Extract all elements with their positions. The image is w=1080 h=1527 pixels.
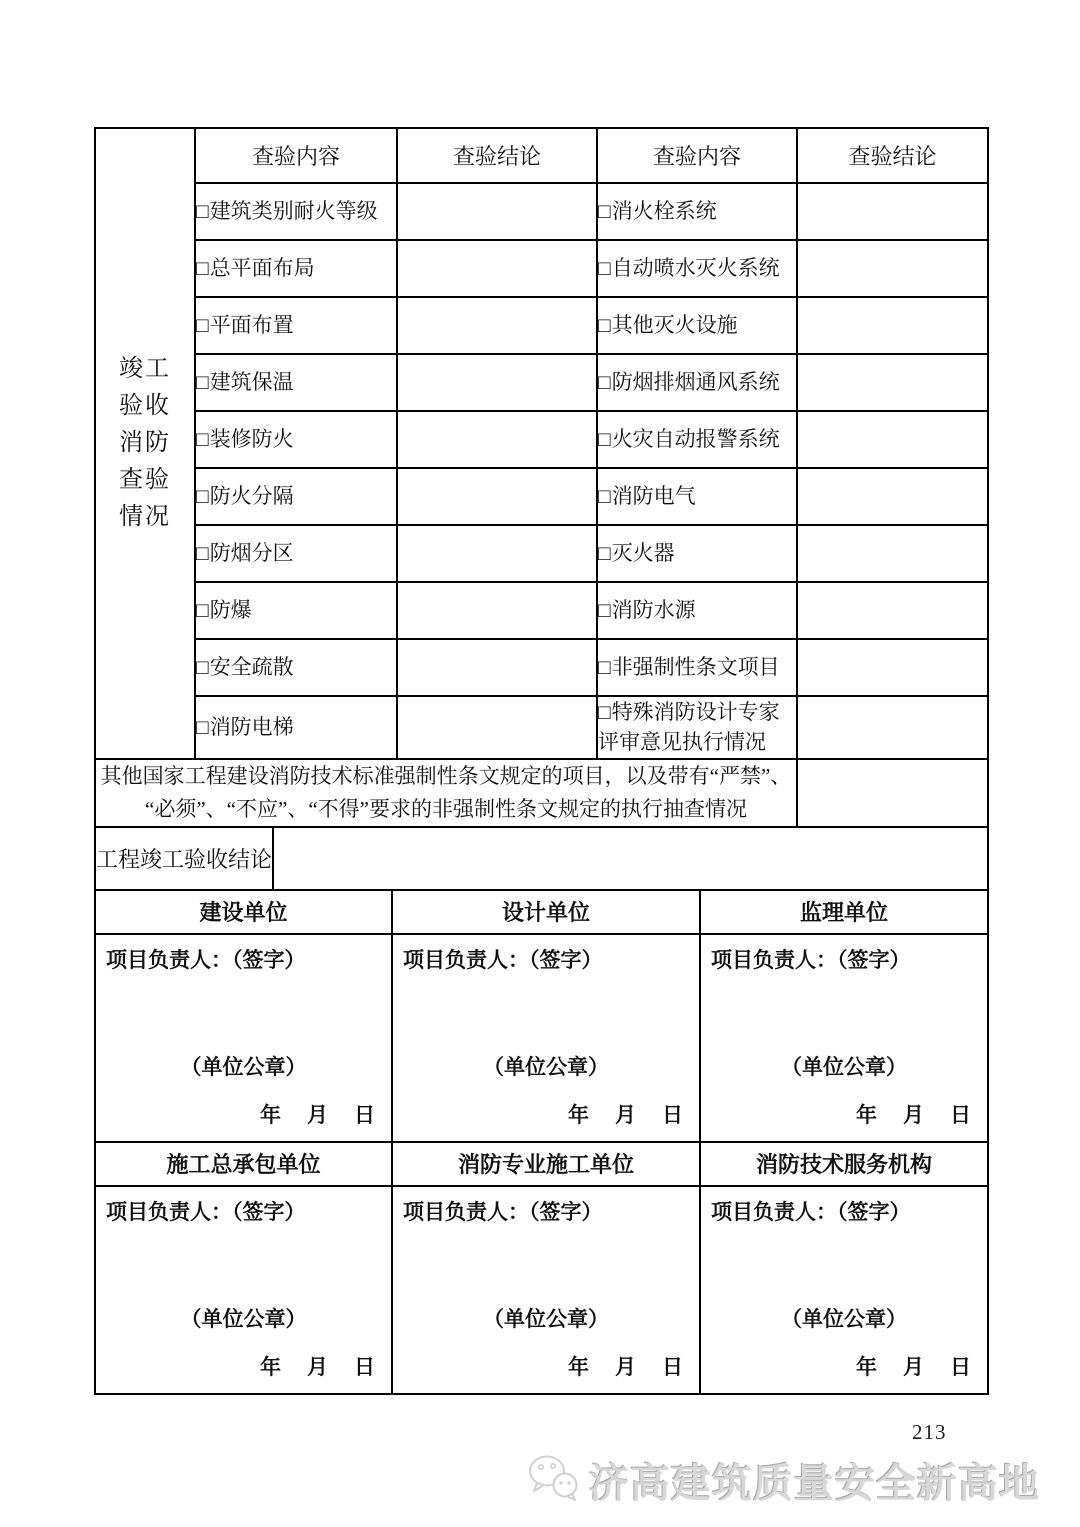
watermark-text: 济高建筑质量安全新高地 <box>589 1452 1040 1509</box>
leader-signature-label: 项目负责人：（签字） <box>393 935 699 974</box>
conclusion-cell <box>797 354 988 411</box>
check-item-smoke-zone: □防烟分区 <box>195 525 397 582</box>
check-item-label: 防烟分区 <box>210 541 294 565</box>
check-item-fire-electrical: □消防电气 <box>597 468 797 525</box>
date-line: 年月日 <box>856 1099 971 1129</box>
unit-seal-label: （单位公章） <box>701 1051 987 1081</box>
date-line: 年月日 <box>568 1099 683 1129</box>
check-item-label: 自动喷水灭火系统 <box>612 256 780 280</box>
date-month-label: 月 <box>615 1103 636 1127</box>
checkbox-icon: □ <box>196 484 209 508</box>
checkbox-icon: □ <box>196 313 209 337</box>
check-item-label: 特殊消防设计专家评审意见执行情况 <box>598 700 780 754</box>
other-mandatory-provisions-note: 其他国家工程建设消防技术标准强制性条文规定的项目，以及带有“严禁”、 “必须”、… <box>95 759 797 827</box>
wechat-icon <box>527 1454 581 1507</box>
unit-seal-label: （单位公章） <box>393 1051 699 1081</box>
date-year-label: 年 <box>260 1355 281 1379</box>
checkbox-icon: □ <box>598 700 611 724</box>
fire-inspection-table: 竣工 验收 消防 查验 情况 查验内容 查验结论 查验内容 查验结论 □建筑类别… <box>94 127 989 828</box>
unit-seal-label: （单位公章） <box>96 1051 391 1081</box>
check-item-fire-alarm: □火灾自动报警系统 <box>597 411 797 468</box>
checkbox-icon: □ <box>196 541 209 565</box>
check-item-hydrant-system: □消火栓系统 <box>597 183 797 240</box>
unit-seal-label: （单位公章） <box>393 1303 699 1333</box>
check-item-label: 消防水源 <box>612 598 696 622</box>
unit-header-construction: 建设单位 <box>95 890 392 934</box>
check-item-label: 防爆 <box>210 598 252 622</box>
header-check-conclusion-right: 查验结论 <box>797 128 988 183</box>
date-month-label: 月 <box>615 1355 636 1379</box>
check-item-label: 安全疏散 <box>210 655 294 679</box>
signature-cell-construction: 项目负责人：（签字） （单位公章） 年月日 <box>95 934 392 1142</box>
conclusion-cell <box>797 468 988 525</box>
unit-header-supervision: 监理单位 <box>700 890 988 934</box>
date-day-label: 日 <box>950 1103 971 1127</box>
conclusion-cell <box>797 240 988 297</box>
date-month-label: 月 <box>307 1355 328 1379</box>
check-item-insulation: □建筑保温 <box>195 354 397 411</box>
check-item-label: 装修防火 <box>210 427 294 451</box>
check-item-label: 平面布置 <box>210 313 294 337</box>
header-check-conclusion-left: 查验结论 <box>397 128 597 183</box>
conclusion-cell <box>397 240 597 297</box>
check-item-label: 防烟排烟通风系统 <box>612 370 780 394</box>
check-item-explosion-proof: □防爆 <box>195 582 397 639</box>
date-year-label: 年 <box>568 1355 589 1379</box>
check-item-label: 消防电气 <box>612 484 696 508</box>
conclusion-cell <box>397 468 597 525</box>
check-item-other-extinguishing: □其他灭火设施 <box>597 297 797 354</box>
check-item-fire-separation: □防火分隔 <box>195 468 397 525</box>
conclusion-cell <box>797 582 988 639</box>
note-line-2: “必须”、“不应”、“不得”要求的非强制性条文规定的执行抽查情况 <box>96 793 796 826</box>
signature-cell-design: 项目负责人：（签字） （单位公章） 年月日 <box>392 934 700 1142</box>
check-item-extinguisher: □灭火器 <box>597 525 797 582</box>
acceptance-form: 竣工 验收 消防 查验 情况 查验内容 查验结论 查验内容 查验结论 □建筑类别… <box>94 127 987 1395</box>
check-item-label: 总平面布局 <box>210 256 315 280</box>
date-month-label: 月 <box>307 1103 328 1127</box>
conclusion-cell <box>797 639 988 696</box>
date-day-label: 日 <box>354 1355 375 1379</box>
conclusion-cell <box>397 183 597 240</box>
acceptance-conclusion-table: 工程竣工验收结论 <box>94 826 989 891</box>
page-number: 213 <box>912 1420 947 1445</box>
date-year-label: 年 <box>260 1103 281 1127</box>
check-item-label: 消防电梯 <box>210 715 294 739</box>
leader-signature-label: 项目负责人：（签字） <box>701 1187 987 1226</box>
header-check-content-left: 查验内容 <box>195 128 397 183</box>
date-day-label: 日 <box>662 1103 683 1127</box>
check-item-safe-evacuation: □安全疏散 <box>195 639 397 696</box>
conclusion-cell <box>797 183 988 240</box>
unit-header-fire-technical-service: 消防技术服务机构 <box>700 1142 988 1186</box>
check-item-label: 消火栓系统 <box>612 199 717 223</box>
date-line: 年月日 <box>856 1351 971 1381</box>
checkbox-icon: □ <box>196 370 209 394</box>
note-line-1: 其他国家工程建设消防技术标准强制性条文规定的项目，以及带有“严禁”、 <box>96 760 796 793</box>
date-year-label: 年 <box>856 1103 877 1127</box>
check-item-site-layout: □总平面布局 <box>195 240 397 297</box>
conclusion-cell <box>797 759 988 827</box>
check-item-floor-plan: □平面布置 <box>195 297 397 354</box>
check-item-non-mandatory: □非强制性条文项目 <box>597 639 797 696</box>
date-day-label: 日 <box>950 1355 971 1379</box>
date-day-label: 日 <box>354 1103 375 1127</box>
check-item-fire-water-source: □消防水源 <box>597 582 797 639</box>
leader-signature-label: 项目负责人：（签字） <box>393 1187 699 1226</box>
check-item-label: 火灾自动报警系统 <box>612 427 780 451</box>
check-item-label: 建筑类别耐火等级 <box>210 199 378 223</box>
check-item-label: 防火分隔 <box>210 484 294 508</box>
signature-cell-supervision: 项目负责人：（签字） （单位公章） 年月日 <box>700 934 988 1142</box>
check-item-decoration-fireproof: □装修防火 <box>195 411 397 468</box>
check-item-label: 其他灭火设施 <box>612 313 738 337</box>
section-label-completion-acceptance: 竣工 验收 消防 查验 情况 <box>95 128 195 759</box>
conclusion-cell <box>397 696 597 759</box>
check-item-special-design-review: □特殊消防设计专家评审意见执行情况 <box>597 696 797 759</box>
date-year-label: 年 <box>568 1103 589 1127</box>
unit-header-design: 设计单位 <box>392 890 700 934</box>
acceptance-conclusion-value-cell <box>273 827 988 890</box>
conclusion-cell <box>797 297 988 354</box>
checkbox-icon: □ <box>598 199 611 223</box>
date-day-label: 日 <box>662 1355 683 1379</box>
watermark: 济高建筑质量安全新高地 <box>527 1452 1040 1509</box>
conclusion-cell <box>397 582 597 639</box>
acceptance-conclusion-label: 工程竣工验收结论 <box>95 827 273 890</box>
checkbox-icon: □ <box>196 655 209 679</box>
check-item-label: 灭火器 <box>612 541 675 565</box>
check-item-label: 非强制性条文项目 <box>612 655 780 679</box>
signature-cell-fire-technical-service: 项目负责人：（签字） （单位公章） 年月日 <box>700 1186 988 1394</box>
leader-signature-label: 项目负责人：（签字） <box>96 1187 391 1226</box>
checkbox-icon: □ <box>598 655 611 679</box>
date-line: 年月日 <box>260 1099 375 1129</box>
checkbox-icon: □ <box>598 370 611 394</box>
checkbox-icon: □ <box>598 427 611 451</box>
conclusion-cell <box>397 639 597 696</box>
checkbox-icon: □ <box>196 256 209 280</box>
checkbox-icon: □ <box>196 199 209 223</box>
check-item-fire-elevator: □消防电梯 <box>195 696 397 759</box>
signature-table: 建设单位 设计单位 监理单位 项目负责人：（签字） （单位公章） 年月日 项目负… <box>94 889 989 1395</box>
check-item-label: 建筑保温 <box>210 370 294 394</box>
conclusion-cell <box>797 525 988 582</box>
checkbox-icon: □ <box>598 313 611 337</box>
date-line: 年月日 <box>260 1351 375 1381</box>
check-item-sprinkler-system: □自动喷水灭火系统 <box>597 240 797 297</box>
unit-header-general-contractor: 施工总承包单位 <box>95 1142 392 1186</box>
conclusion-cell <box>397 354 597 411</box>
unit-header-fire-construction: 消防专业施工单位 <box>392 1142 700 1186</box>
date-line: 年月日 <box>568 1351 683 1381</box>
check-item-building-class: □建筑类别耐火等级 <box>195 183 397 240</box>
conclusion-cell <box>397 525 597 582</box>
checkbox-icon: □ <box>598 598 611 622</box>
conclusion-cell <box>397 411 597 468</box>
unit-seal-label: （单位公章） <box>701 1303 987 1333</box>
checkbox-icon: □ <box>598 541 611 565</box>
conclusion-cell <box>797 411 988 468</box>
checkbox-icon: □ <box>196 598 209 622</box>
date-month-label: 月 <box>903 1355 924 1379</box>
conclusion-cell <box>797 696 988 759</box>
checkbox-icon: □ <box>196 427 209 451</box>
date-month-label: 月 <box>903 1103 924 1127</box>
signature-cell-general-contractor: 项目负责人：（签字） （单位公章） 年月日 <box>95 1186 392 1394</box>
checkbox-icon: □ <box>196 715 209 739</box>
unit-seal-label: （单位公章） <box>96 1303 391 1333</box>
signature-cell-fire-construction: 项目负责人：（签字） （单位公章） 年月日 <box>392 1186 700 1394</box>
header-check-content-right: 查验内容 <box>597 128 797 183</box>
conclusion-cell <box>397 297 597 354</box>
check-item-smoke-ventilation: □防烟排烟通风系统 <box>597 354 797 411</box>
leader-signature-label: 项目负责人：（签字） <box>96 935 391 974</box>
checkbox-icon: □ <box>598 256 611 280</box>
leader-signature-label: 项目负责人：（签字） <box>701 935 987 974</box>
checkbox-icon: □ <box>598 484 611 508</box>
date-year-label: 年 <box>856 1355 877 1379</box>
